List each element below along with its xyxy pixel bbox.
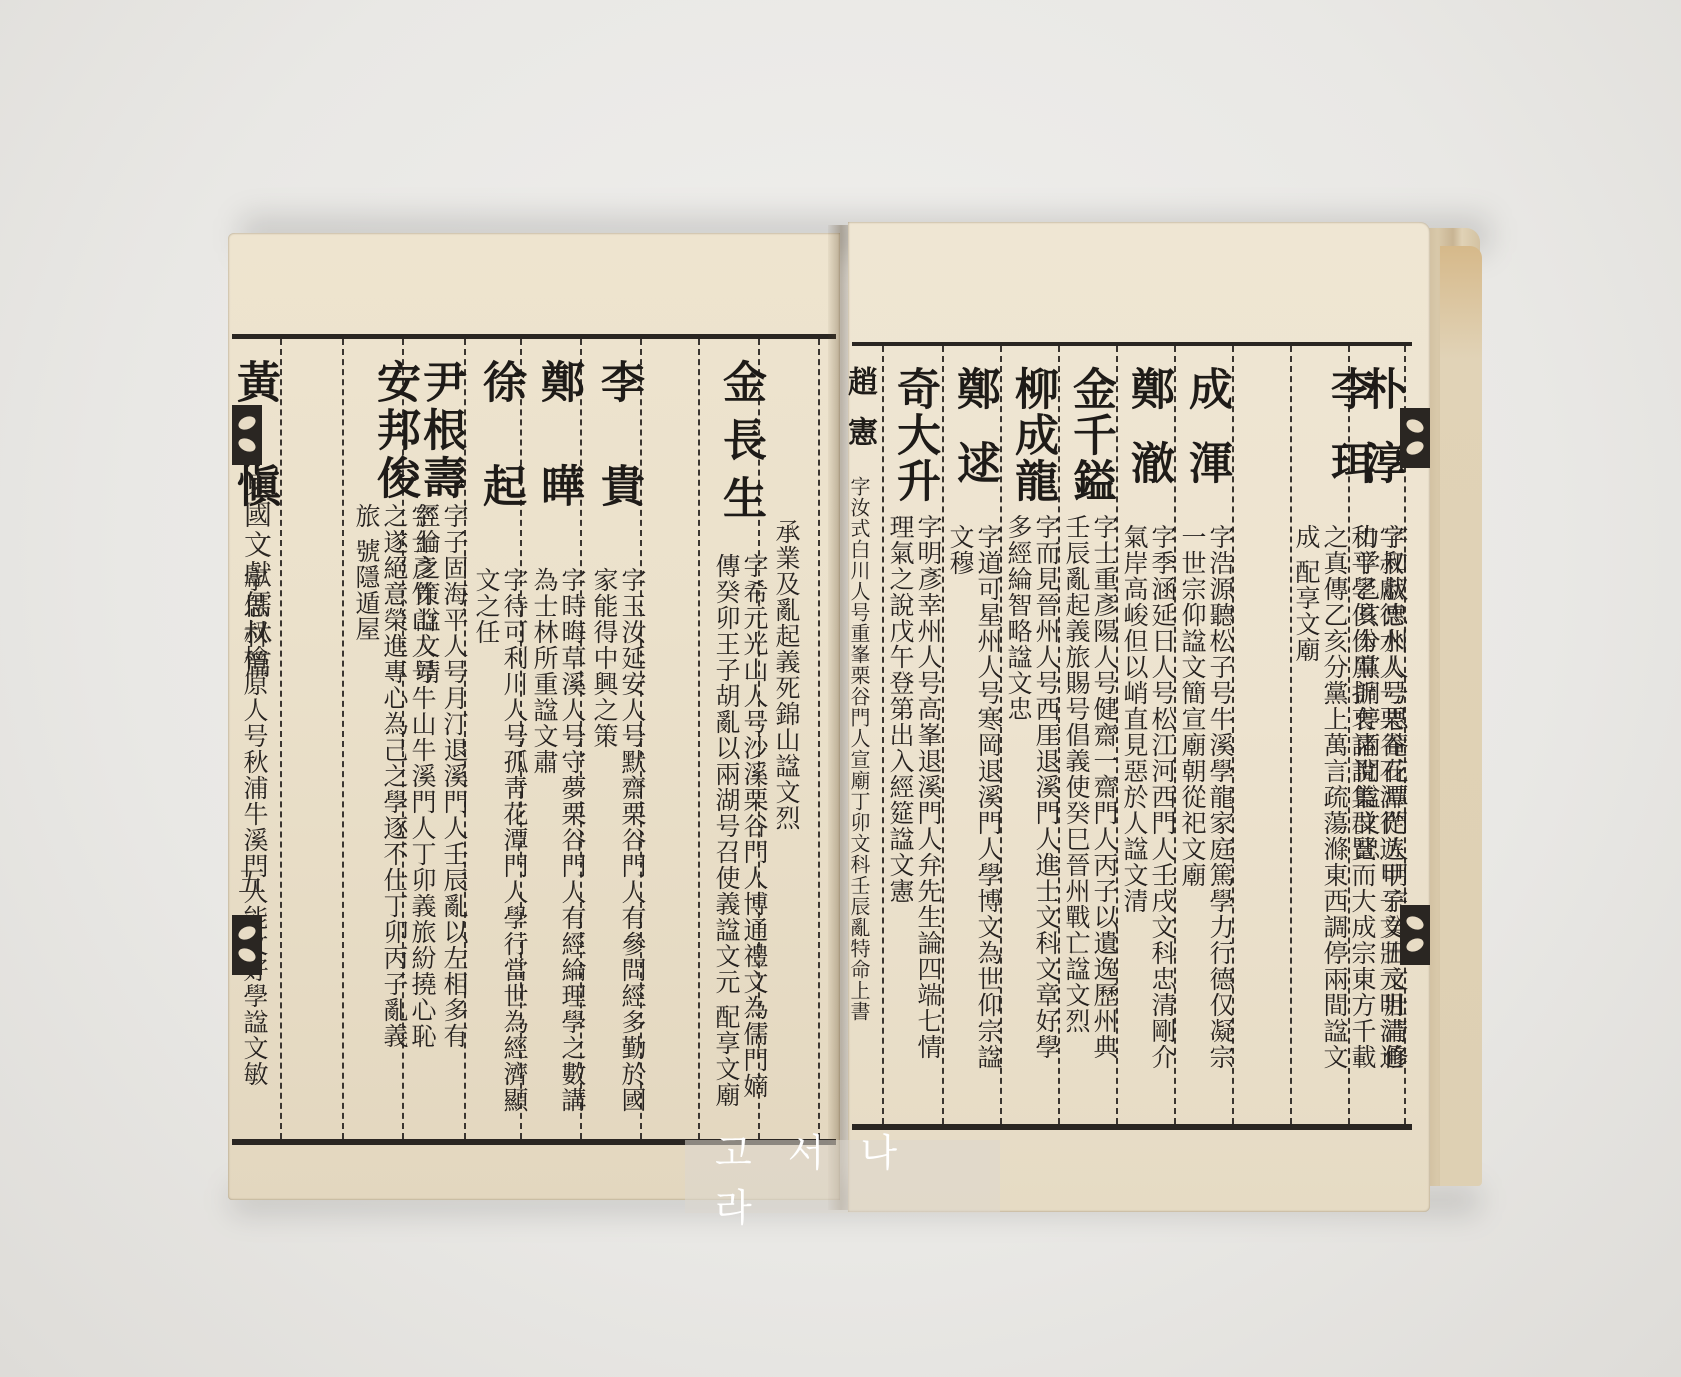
fishtail-ornament-bottom: [232, 915, 262, 975]
entry-text: 字士彥竹山人号牛山牛溪門人丁卯義旅紛撓心恥之遂絕意榮進專心為己之學逐不仕丁卯丙子…: [352, 503, 436, 1063]
entry-name: 李貴: [596, 359, 640, 567]
entry: 金長生 字希元光山人号沙溪栗谷門人博通禮文為儒門嫡傳癸卯王子胡亂以兩湖号召使義諡…: [712, 359, 768, 1113]
entry-text: 字士重彥陽人号健齋一齋門人丙子以遺逸歷州典壬辰亂起義旅賜号倡義使癸巳晉州戰亡諡文…: [1062, 514, 1118, 1074]
column-rule: [698, 339, 700, 1139]
column-rule: [342, 339, 344, 1139]
entry-name: 李珥: [1326, 366, 1370, 514]
entry-text: 字汝式白川人号重峯栗谷門人宣廟丁卯文科壬辰亂特命上書: [845, 476, 873, 1022]
fishtail-ornament-top: [232, 405, 262, 465]
entry-text: 字時晦草溪人号守夢栗谷門人有經綸理學之數講為士林所重諡文肅: [530, 567, 586, 1127]
entry-name: 金千鎰: [1068, 366, 1112, 504]
entry-name: 金長生: [718, 359, 762, 533]
entry: 安邦俊 字士彥竹山人号牛山牛溪門人丁卯義旅紛撓心恥之遂絕意榮進專心為己之學逐不仕…: [352, 359, 436, 1063]
left-page-frame: 承業及亂起義死錦山諡文烈 金長生 字希元光山人号沙溪栗谷門人博通禮文為儒門嫡傳癸…: [232, 334, 836, 1145]
entry-text: 字季涵延日人号松江河西門人壬戌文科忠清剛介氣岸高峻但以峭直見惡於人諡文清: [1120, 524, 1176, 1084]
column-rule: [818, 339, 820, 1139]
entry-name: 鄭曄: [536, 359, 580, 567]
entry: 黃愼 字思叔檜原人号秋浦牛溪門人能文好學諡文敏: [232, 359, 276, 1087]
entry-text: 字叔獻德水人号栗谷石潭從遊甲子文壯元明清通和平學俱体用折衷諸說集群賢而大成宗東方…: [1292, 524, 1404, 1084]
entry-name: 鄭逑: [952, 366, 996, 514]
back-cover-edge: [1440, 246, 1482, 1186]
entry-name: 安邦俊: [372, 359, 416, 503]
entry-text: 字玉汝延安人号默齋栗谷門人有參問經多勤於國家能得中興之策: [590, 567, 646, 1127]
right-page-frame: 朴淳 字和叔忠州人号思菴花潭門人明宗癸丑文壯清修力学乙亥分黨調停兩間諡文忠 李珥…: [852, 342, 1412, 1130]
entry: 鄭澈 字季涵延日人号松江河西門人壬戌文科忠清剛介氣岸高峻但以峭直見惡於人諡文清: [1120, 366, 1176, 1084]
entry: 徐起 字待可利川人号孤靑花潭門人學行當世為經濟顯文之任: [472, 359, 528, 1127]
entry-name: 趙憲: [844, 366, 874, 466]
watermark: 고서나라: [685, 1140, 1000, 1213]
entry: 成渾 字浩源聽松子号牛溪學龍家庭篤學力行德仅凝宗一世宗仰諡文簡宣廟朝從祀文廟: [1178, 366, 1234, 1084]
entry: 柳成龍 字而見晉州人号西厓退溪門人進士文科文章好學多經綸智略諡文忠: [1004, 366, 1060, 1074]
entry-text: 字待可利川人号孤靑花潭門人學行當世為經濟顯文之任: [472, 567, 528, 1127]
entry: 鄭逑 字道可星州人号寒岡退溪門人學博文為世仰宗諡文穆: [946, 366, 1002, 1084]
entry-name: 成渾: [1184, 366, 1228, 514]
margin-title: 東國文獻儒林篇: [236, 470, 276, 680]
entry-name: 奇大升: [892, 366, 936, 504]
entry-name: 鄭澈: [1126, 366, 1170, 514]
entry: 李貴 字玉汝延安人号默齋栗谷門人有參問經多勤於國家能得中興之策: [590, 359, 646, 1127]
entry-text: 字而見晉州人号西厓退溪門人進士文科文章好學多經綸智略諡文忠: [1004, 514, 1060, 1074]
entry: 承業及亂起義死錦山諡文烈: [772, 519, 800, 831]
fishtail-ornament-top: [1400, 408, 1430, 468]
entry-text: 字明彥幸州人号高峯退溪門人弁先生論四端七情理氣之說戊午登第出入經筵諡文憲: [886, 514, 942, 1074]
entry-text: 字道可星州人号寒岡退溪門人學博文為世仰宗諡文穆: [946, 524, 1002, 1084]
fishtail-ornament-bottom: [1400, 905, 1430, 965]
entry-text: 字希元光山人号沙溪栗谷門人博通禮文為儒門嫡傳癸卯王子胡亂以兩湖号召使義諡文元 配…: [712, 553, 768, 1113]
entry: 李珥 字叔獻德水人号栗谷石潭從遊甲子文壯元明清通和平學俱体用折衷諸說集群賢而大成…: [1292, 366, 1404, 1084]
entry-name: 徐起: [478, 359, 522, 567]
entry-text: 字浩源聽松子号牛溪學龍家庭篤學力行德仅凝宗一世宗仰諡文簡宣廟朝從祀文廟: [1178, 524, 1234, 1084]
entry: 金千鎰 字士重彥陽人号健齋一齋門人丙子以遺逸歷州典壬辰亂起義旅賜号倡義使癸巳晉州…: [1062, 366, 1118, 1074]
entry: 趙憲 字汝式白川人号重峯栗谷門人宣廟丁卯文科壬辰亂特命上書: [844, 366, 874, 1022]
column-rule: [882, 346, 884, 1124]
entry: 鄭曄 字時晦草溪人号守夢栗谷門人有經綸理學之數講為士林所重諡文肅: [530, 359, 586, 1127]
page-number: 五: [238, 860, 266, 900]
column-rule: [280, 339, 282, 1139]
column-rule: [942, 346, 944, 1124]
entry-name: 柳成龍: [1010, 366, 1054, 504]
entry-text: 承業及亂起義死錦山諡文烈: [772, 519, 800, 831]
entry: 奇大升 字明彥幸州人号高峯退溪門人弁先生論四端七情理氣之說戊午登第出入經筵諡文憲: [886, 366, 942, 1074]
